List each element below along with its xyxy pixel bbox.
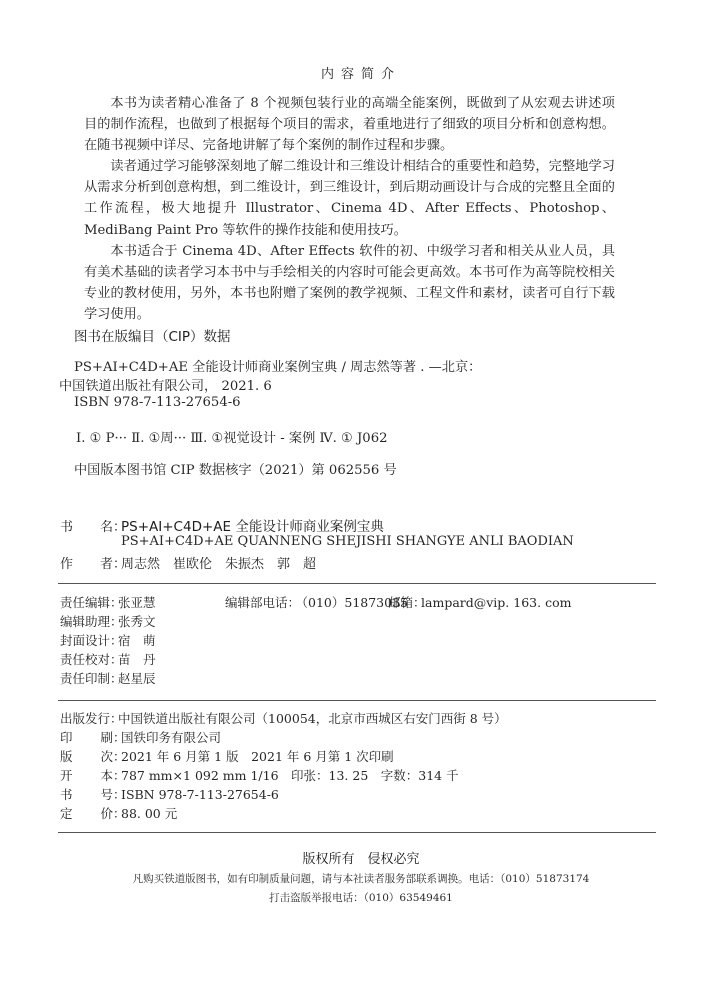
staff-label: 责任印制 (60, 671, 110, 686)
staff-label: 编辑助理 (60, 614, 110, 629)
copyright-heading: 版权所有 侵权必究 (0, 848, 722, 867)
intro-paragraph: 读者通过学习能够深刻地了解二维设计和三维设计相结合的重要性和趋势，完整地学习从需… (84, 156, 615, 240)
book-author-row: 作 者 ： 周志然 崔欧伦 朱振杰 郭 超 (60, 553, 316, 572)
book-title-row: 书 名 ： PS+AI+C4D+AE 全能设计师商业案例宝典 (60, 515, 384, 535)
piracy-hotline: 打击盗版举报电话：（010）63549461 (0, 890, 722, 905)
divider-rule (58, 583, 656, 584)
intro-paragraph: 本书为读者精心准备了 8 个视频包装行业的高端全能案例，既做到了从宏观去讲述项目… (84, 93, 615, 156)
pub-value: 88. 00 元 (121, 804, 177, 822)
pub-row-publisher: 出版发行：中国铁道出版社有限公司（100054，北京市西城区右安门西街 8 号） (60, 709, 507, 727)
pub-value: 国铁印务有限公司 (121, 728, 221, 746)
staff-value: 宿 萌 (118, 633, 156, 648)
pub-row-format: 开本：787 mm×1 092 mm 1/16 印张：13. 25 字数：314… (60, 766, 459, 784)
pub-value: 787 mm×1 092 mm 1/16 印张：13. 25 字数：314 千 (121, 766, 459, 784)
intro-paragraph: 本书适合于 Cinema 4D、After Effects 软件的初、中级学习者… (84, 241, 615, 325)
pub-label: 定价 (60, 804, 113, 822)
staff-value: 赵星辰 (118, 671, 156, 686)
book-title-label: 书 名 (60, 516, 113, 535)
pub-row-printer: 印刷：国铁印务有限公司 (60, 728, 221, 746)
divider-rule (58, 832, 656, 833)
cip-classification-line: Ⅰ. ① P··· Ⅱ. ①周··· Ⅲ. ①视觉设计 - 案例 Ⅳ. ① J0… (76, 427, 387, 446)
staff-row: 责任编辑：张亚慧 (60, 593, 156, 611)
pub-label: 版次 (60, 747, 113, 765)
book-author-label: 作 者 (60, 553, 113, 572)
staff-label: 责任校对 (60, 652, 110, 667)
pub-value: ISBN 978-7-113-27654-6 (121, 787, 279, 802)
staff-row: 编辑助理：张秀文 (60, 612, 156, 630)
pub-label: 出版发行 (60, 709, 110, 727)
cip-title-line: PS+AI+C4D+AE 全能设计师商业案例宝典 / 周志然等著 . —北京： (74, 356, 481, 375)
editorial-phone-label: 编辑部电话 (225, 595, 288, 610)
pub-value: 2021 年 6 月第 1 版 2021 年 6 月第 1 次印刷 (121, 747, 394, 765)
quality-notice: 凡购买铁道版图书，如有印制质量问题，请与本社读者服务部联系调换。电话：（010）… (0, 871, 722, 886)
pub-value: 中国铁道出版社有限公司（100054，北京市西城区右安门西街 8 号） (118, 709, 507, 727)
pub-label: 书号 (60, 785, 113, 803)
staff-value: 张亚慧 (118, 595, 156, 610)
editorial-phone: 编辑部电话：（010）51873035 (225, 593, 408, 611)
staff-row: 责任印制：赵星辰 (60, 669, 156, 687)
staff-value: 苗 丹 (118, 652, 156, 667)
pub-label: 印刷 (60, 728, 113, 746)
book-author-value: 周志然 崔欧伦 朱振杰 郭 超 (121, 553, 316, 572)
divider-rule (58, 700, 656, 701)
pub-row-price: 定价：88. 00 元 (60, 804, 177, 822)
staff-row: 封面设计：宿 萌 (60, 631, 156, 649)
cip-isbn-line: ISBN 978-7-113-27654-6 (74, 395, 241, 410)
editorial-email-label: 邮箱 (388, 595, 413, 610)
staff-label: 封面设计 (60, 633, 110, 648)
staff-label: 责任编辑 (60, 595, 110, 610)
pub-row-edition: 版次：2021 年 6 月第 1 版 2021 年 6 月第 1 次印刷 (60, 747, 394, 765)
cip-heading: 图书在版编目（CIP）数据 (74, 325, 231, 345)
staff-value: 张秀文 (118, 614, 156, 629)
intro-title: 内容简介 (0, 63, 722, 82)
editorial-email: 邮箱：lampard@vip. 163. com (388, 593, 571, 611)
editorial-email-value: lampard@vip. 163. com (421, 595, 571, 610)
book-title-pinyin: PS+AI+C4D+AE QUANNENG SHEJISHI SHANGYE A… (121, 534, 574, 549)
pub-label: 开本 (60, 766, 113, 784)
cip-publisher-line: 中国铁道出版社有限公司， 2021. 6 (59, 375, 272, 394)
cip-record-line: 中国版本图书馆 CIP 数据核字（2021）第 062556 号 (74, 459, 397, 478)
pub-row-isbn: 书号：ISBN 978-7-113-27654-6 (60, 785, 279, 803)
intro-body: 本书为读者精心准备了 8 个视频包装行业的高端全能案例，既做到了从宏观去讲述项目… (84, 93, 615, 325)
book-title-value: PS+AI+C4D+AE 全能设计师商业案例宝典 (121, 515, 384, 535)
staff-row: 责任校对：苗 丹 (60, 650, 156, 668)
